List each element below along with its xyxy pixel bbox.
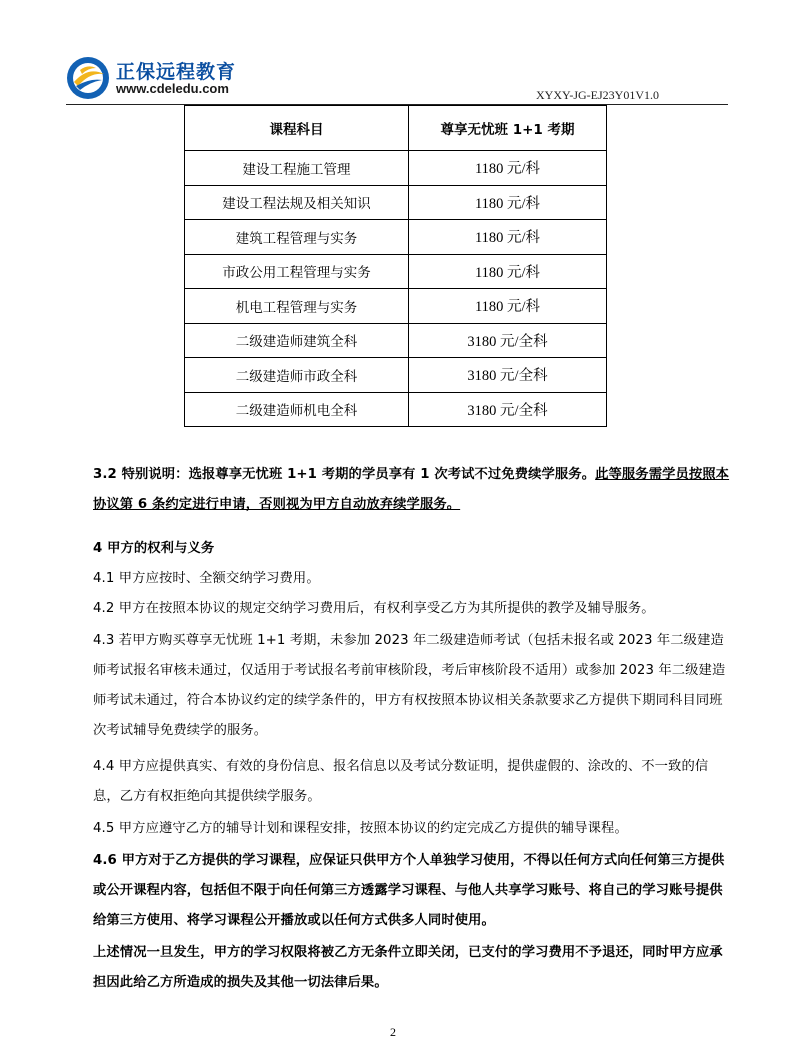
brand-name: 正保远程教育 [116,57,236,84]
price-cell: 1180 元/科 [409,289,607,324]
subject-cell: 建设工程法规及相关知识 [185,185,409,220]
section-3-2-note: 3.2 特别说明：选报尊享无忧班 1+1 考期的学员享有 1 次考试不过免费续学… [93,467,595,482]
subject-cell: 市政公用工程管理与实务 [185,254,409,289]
subject-cell: 机电工程管理与实务 [185,289,409,324]
subject-cell: 建设工程施工管理 [185,151,409,186]
section-4-title: 4 甲方的权利与义务 [93,534,733,564]
price-cell: 1180 元/科 [409,220,607,255]
column-header-subject: 课程科目 [185,106,409,151]
subject-cell: 二级建造师机电全科 [185,392,409,427]
table-row: 二级建造师市政全科 3180 元/全科 [185,358,607,393]
fee-table: 课程科目 尊享无忧班 1+1 考期 建设工程施工管理 1180 元/科 建设工程… [184,105,607,427]
clause-4-3: 4.3 若甲方购买尊享无忧班 1+1 考期，未参加 2023 年二级建造师考试（… [93,626,733,746]
clause-4-5: 4.5 甲方应遵守乙方的辅导计划和课程安排，按照本协议的约定完成乙方提供的辅导课… [93,814,733,844]
subject-cell: 二级建造师建筑全科 [185,323,409,358]
clause-4-6-consequence: 上述情况一旦发生，甲方的学习权限将被乙方无条件立即关闭，已支付的学习费用不予退还… [93,938,733,998]
clause-4-6: 4.6 甲方对于乙方提供的学习课程，应保证只供甲方个人单独学习使用，不得以任何方… [93,846,733,936]
price-cell: 3180 元/全科 [409,392,607,427]
price-cell: 3180 元/全科 [409,358,607,393]
table-row: 二级建造师机电全科 3180 元/全科 [185,392,607,427]
table-row: 机电工程管理与实务 1180 元/科 [185,289,607,324]
price-cell: 1180 元/科 [409,185,607,220]
table-row: 建设工程法规及相关知识 1180 元/科 [185,185,607,220]
section-3-2: 3.2 特别说明：选报尊享无忧班 1+1 考期的学员享有 1 次考试不过免费续学… [93,460,733,520]
subject-cell: 二级建造师市政全科 [185,358,409,393]
clause-4-2: 4.2 甲方在按照本协议的规定交纳学习费用后，有权利享受乙方为其所提供的教学及辅… [93,594,733,624]
brand-url: www.cdeledu.com [116,81,229,96]
table-row: 市政公用工程管理与实务 1180 元/科 [185,254,607,289]
price-cell: 1180 元/科 [409,151,607,186]
column-header-price: 尊享无忧班 1+1 考期 [409,106,607,151]
clause-4-4: 4.4 甲方应提供真实、有效的身份信息、报名信息以及考试分数证明，提供虚假的、涂… [93,752,733,812]
table-row: 建设工程施工管理 1180 元/科 [185,151,607,186]
clause-4-1: 4.1 甲方应按时、全额交纳学习费用。 [93,564,733,594]
table-row: 二级建造师建筑全科 3180 元/全科 [185,323,607,358]
price-cell: 3180 元/全科 [409,323,607,358]
price-cell: 1180 元/科 [409,254,607,289]
table-header-row: 课程科目 尊享无忧班 1+1 考期 [185,106,607,151]
document-code: XYXY-JG-EJ23Y01V1.0 [536,88,659,103]
table-row: 建筑工程管理与实务 1180 元/科 [185,220,607,255]
cdeledu-logo-icon [66,56,110,100]
page-number: 2 [390,1025,396,1040]
subject-cell: 建筑工程管理与实务 [185,220,409,255]
